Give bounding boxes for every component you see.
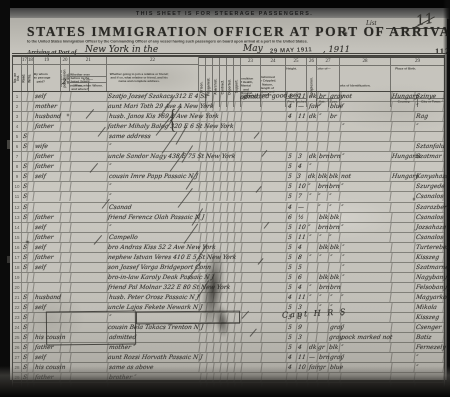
cell-rel: father — [33, 122, 61, 131]
cell-cond — [241, 293, 262, 302]
cell-country — [391, 353, 416, 362]
table-row: 17Sfathernephew Istvan Veres 410 E 5 St … — [13, 253, 444, 263]
cell-marks — [340, 132, 392, 141]
manifest-scan: { "colors": {"paper": "#c9c7c0", "ink": … — [0, 0, 450, 397]
cell-marks: ″ — [340, 313, 392, 322]
cell-marks: pock marked not — [340, 333, 392, 342]
cell-country — [391, 313, 416, 322]
cell-addr: friend Ferencz Olah Passaic N J — [107, 213, 201, 222]
cell-def — [261, 233, 287, 242]
cell-inch: 4 — [296, 283, 308, 292]
cell-addr — [107, 383, 201, 392]
cell-def — [261, 152, 287, 161]
cell-addr: aunt Mari Toth 29 Ave A New York — [107, 102, 201, 111]
cell-country: Hungary — [391, 92, 416, 101]
cell-eyes: gray — [328, 92, 341, 101]
cell-rel — [33, 192, 61, 201]
cell-rel: self — [33, 172, 61, 181]
cell-city: Szatmarnemeti — [414, 263, 444, 272]
cell-def — [261, 263, 287, 272]
cell-cond — [242, 243, 263, 252]
cell-country — [390, 192, 415, 201]
cell-cond — [241, 203, 262, 212]
cell-country — [391, 112, 416, 121]
cell-addr: Csanad — [107, 203, 201, 212]
cell-marks: ″ — [340, 223, 392, 232]
cell-inch: 11 — [296, 293, 308, 302]
cell-def — [261, 293, 287, 302]
cell-fw — [70, 162, 108, 171]
cell-inch: 3 — [296, 152, 308, 161]
cell-rel — [33, 132, 61, 141]
cell-city: Turterebes — [414, 243, 444, 252]
cell-eyes: blue — [328, 102, 341, 111]
cell-country — [391, 263, 416, 272]
cell-cond — [241, 233, 262, 242]
cell-rel — [33, 203, 61, 212]
cell-country — [391, 303, 416, 312]
cell-marks: ″ — [340, 182, 392, 191]
cell-cond — [242, 323, 263, 332]
cell-def — [261, 273, 287, 282]
cell-def — [261, 353, 287, 362]
cell-city: Szinye — [415, 92, 445, 101]
cell-rel — [33, 182, 61, 191]
cell-fw — [70, 283, 108, 292]
cell-city: Felsobanya — [414, 283, 444, 292]
cell-country — [391, 363, 416, 372]
cell-fw — [70, 293, 108, 302]
table-row: 14self″510″brnbrn″Jozsahaza — [13, 223, 444, 233]
cell-eyes: blk — [328, 213, 341, 222]
cell-city: Jozsahaza — [414, 223, 444, 232]
header-label: Height. — [286, 68, 299, 72]
cell-rel: self — [33, 223, 61, 232]
table-row: 4fatherfather Mihaly Balog 320 E 6 St Ne… — [13, 122, 444, 132]
cell-addr: friend Pal Molnar 322 E 80 St New York — [107, 283, 201, 292]
cell-cond — [242, 122, 263, 131]
cell-marks — [340, 373, 392, 382]
cell-def — [261, 102, 287, 111]
cell-fw — [70, 273, 108, 282]
cell-cond — [242, 273, 263, 282]
cell-addr: same address — [107, 132, 201, 141]
cell-addr: husb. Janos Kis 169 2 Ave New York — [107, 112, 201, 121]
table-header: No. on list. 17 Read. 18 Write. 19 By wh… — [13, 57, 444, 92]
cell-city: ″ — [415, 102, 445, 111]
cell-fw — [70, 182, 108, 191]
cell-cond — [241, 383, 262, 392]
cell-city: ″ — [415, 353, 445, 362]
header-label: Prison. — [200, 81, 203, 92]
cell-marks: ″ — [340, 343, 392, 352]
cell-marks — [340, 162, 392, 171]
cell-cond — [241, 283, 262, 292]
cell-inch — [296, 142, 308, 151]
cell-marks — [340, 192, 392, 201]
cell-country — [391, 333, 416, 342]
header-col-join-relative: 22 Whether going to join a relative or f… — [107, 57, 199, 91]
cell-rel: self — [33, 263, 61, 272]
cell-rel: wife — [33, 142, 61, 151]
cell-fw — [70, 142, 108, 151]
cell-marks: ″ — [340, 253, 392, 262]
cell-hair — [317, 162, 329, 171]
cell-fw — [70, 253, 108, 262]
cell-city: Kisszeg — [415, 253, 445, 262]
table-row: 6Swife″Sztanfalu — [13, 142, 444, 152]
cell-addr: husb. Peter Orosz Passaic N J — [107, 293, 201, 302]
cell-eyes — [328, 122, 341, 131]
cell-city: Nagybanya — [414, 273, 444, 282]
cell-eyes: brn — [328, 152, 341, 161]
cell-country — [391, 373, 416, 382]
cell-country — [391, 102, 416, 111]
cell-country: Hungary — [390, 172, 415, 181]
cell-country — [391, 162, 416, 171]
cell-country — [391, 243, 416, 252]
header-right-section: ADDITIONAL INFORMATION REQUIRED IN ACCOR… — [199, 57, 444, 91]
table-row: 5Ssame address — [13, 132, 444, 142]
cell-marks: ″ — [340, 273, 392, 282]
cell-def — [261, 373, 287, 382]
header-sublabel: Where. — [89, 85, 106, 89]
cell-def — [261, 182, 287, 191]
cell-inch: 11 — [296, 233, 308, 242]
cell-city: Csanalos — [414, 192, 444, 201]
cell-fw — [70, 263, 108, 272]
cell-eyes: blk — [328, 243, 341, 252]
cell-addr: ″ — [107, 162, 201, 171]
cell-cond — [241, 172, 262, 181]
cell-fw — [70, 213, 108, 222]
cell-def — [261, 333, 287, 342]
cell-marks — [340, 283, 392, 292]
cell-def — [261, 213, 287, 222]
cell-rel — [33, 283, 61, 292]
cell-country: Hungaria — [390, 152, 415, 161]
cell-eyes: blk — [328, 273, 341, 282]
cell-country — [390, 203, 415, 212]
cell-city — [414, 373, 444, 382]
cell-addr: Szatjo Jozsef Szakacs 312 E 4 St — [107, 92, 201, 101]
header-label: Write. — [29, 73, 32, 82]
photo-right-edge — [443, 0, 450, 397]
cell-def — [261, 283, 287, 292]
cell-fw — [70, 373, 108, 382]
table-row: 9Sselfcousin Imre Papp Passaic N J53dkbl… — [13, 172, 444, 182]
cell-city: Szatmar — [414, 152, 444, 161]
cell-rel: father — [33, 233, 61, 242]
steerage-strip-text: THIS SHEET IS FOR STEERAGE PASSENGERS. — [136, 11, 313, 16]
table-row: 28Shis cousinsame as above410fairgrblue″ — [13, 363, 444, 373]
cell-rel: self — [33, 92, 61, 101]
table-row: 19bro-in-law Karoly Deak Passaic N J56bl… — [13, 273, 444, 283]
cell-eyes — [328, 263, 341, 272]
table-row: 30 — [13, 383, 444, 393]
cell-city: Sztanfalu — [414, 142, 444, 151]
cell-country — [391, 122, 416, 131]
manifest-paper: List 11 STATES IMMIGRATION OFFICER AT PO… — [10, 18, 447, 380]
cell-addr: bro Andras Kiss 52 2 Ave New York — [107, 243, 201, 252]
cell-city: ″ — [415, 363, 445, 372]
cell-cond — [242, 102, 263, 111]
cell-cond — [242, 263, 263, 272]
cell-addr: aunt Rozsi Horvath Passaic N J — [107, 353, 201, 362]
cell-marks: ″ — [340, 152, 392, 161]
cell-marks — [340, 303, 392, 312]
cell-city: Batiz — [415, 333, 445, 342]
cell-country — [391, 293, 416, 302]
cell-def — [261, 243, 287, 252]
cell-rel: self — [33, 353, 61, 362]
cell-country — [391, 132, 416, 141]
cell-fw — [70, 223, 108, 232]
cell-country — [391, 213, 416, 222]
cell-inch: 4 — [296, 343, 308, 352]
header-col-ever-in-us: 21 Whether ever before in the United Sta… — [70, 57, 107, 91]
cell-marks: ″ — [340, 243, 392, 252]
cell-city: Csenger — [415, 323, 445, 332]
cell-country — [390, 142, 415, 151]
cell-city: Kisszeg — [414, 313, 444, 322]
cell-marks — [340, 383, 392, 392]
cell-country — [391, 383, 416, 392]
cell-city: Fernezely — [414, 343, 444, 352]
cell-fw — [70, 383, 108, 392]
cell-cond — [241, 223, 262, 232]
cell-country — [390, 283, 415, 292]
cell-hair — [317, 263, 329, 272]
cell-def — [261, 162, 287, 171]
cell-cond — [241, 343, 262, 352]
cell-rel: father — [33, 213, 61, 222]
cell-ft: 5 — [286, 223, 297, 232]
cell-fw — [70, 192, 108, 201]
cell-rel: father — [33, 253, 61, 262]
cell-marks: ″ — [340, 293, 392, 302]
page-subtitle: to the United States Immigration Officer… — [27, 40, 275, 44]
cell-city: Szurgede — [414, 182, 444, 191]
cell-addr: son Jozsef Varga Bridgeport Conn — [107, 263, 201, 272]
cell-addr: cousin Imre Papp Passaic N J — [107, 172, 201, 181]
table-row: 16Sselfbro Andras Kiss 52 2 Ave New York… — [13, 243, 444, 253]
cell-marks: ″ — [340, 122, 392, 131]
cell-inch: 7 — [296, 192, 308, 201]
cell-marks: ″ — [340, 353, 392, 362]
cell-cond — [241, 152, 262, 161]
cell-hair: br — [317, 92, 329, 101]
cell-cond — [241, 373, 262, 382]
table-row: 27Sselfaunt Rozsi Horvath Passaic N J411… — [13, 353, 444, 363]
cell-city: Kanyahaza — [414, 172, 444, 181]
cell-marks: ″ — [340, 203, 392, 212]
cell-hair: gr — [317, 363, 329, 372]
cell-rel: father — [33, 162, 61, 171]
header-label: Place of Birth. — [391, 68, 425, 72]
cell-city — [414, 132, 444, 141]
cell-hair — [317, 132, 329, 141]
header-label: Whether going to join a relative or frie… — [109, 73, 168, 83]
cell-marks — [340, 213, 392, 222]
cell-def — [261, 203, 287, 212]
cell-cond — [241, 132, 262, 141]
table-row: 8Sfather″54″ — [13, 162, 444, 172]
cell-fw — [70, 132, 108, 141]
cell-country — [391, 273, 416, 282]
table-row: 15fatherCampello511″″″Csanalos — [13, 233, 444, 243]
cell-cond — [242, 353, 263, 362]
page-title: STATES IMMIGRATION OFFICER AT PORT OF AR… — [27, 24, 450, 40]
cell-addr: bro-in-law Karoly Deak Passaic N J — [107, 273, 201, 282]
cell-rel — [33, 383, 61, 392]
cell-cond — [241, 142, 262, 151]
cell-def — [261, 343, 287, 352]
scanned-manifest-page: THIS SHEET IS FOR STEERAGE PASSENGERS. L… — [0, 0, 450, 397]
cell-fw — [70, 92, 108, 101]
cell-addr: ″ — [107, 142, 201, 151]
cell-city — [414, 162, 444, 171]
cell-eyes: gray — [328, 353, 341, 362]
cell-rel — [33, 273, 61, 282]
cell-fw — [70, 102, 108, 111]
cell-addr: father Mihaly Balog 320 E 6 St New York — [107, 122, 201, 131]
header-col-passage-paid: 19 By whom was passage paid? — [34, 57, 61, 91]
cell-rel: husband — [33, 112, 61, 121]
cell-hair — [317, 373, 329, 382]
cell-eyes: brn — [328, 283, 341, 292]
cell-addr: brother ″ — [107, 373, 201, 382]
table-row: 10S″510″brnbrn″Szurgede — [13, 182, 444, 192]
cell-marks: ″ — [340, 102, 392, 111]
cell-hair: brn — [317, 152, 329, 161]
cell-marks: ″ — [340, 263, 392, 272]
cell-fw — [70, 353, 108, 362]
table-row: 18Sselfson Jozsef Varga Bridgeport Conn5… — [13, 263, 444, 273]
cell-country — [390, 182, 415, 191]
cell-marks: not — [340, 172, 392, 181]
cell-rel: his cousin — [33, 363, 61, 372]
cell-eyes: gray — [328, 323, 341, 332]
cell-def — [261, 132, 287, 141]
cell-city: Rag — [415, 112, 445, 121]
cell-def — [261, 383, 287, 392]
table-row: 2motheraunt Mari Toth 29 Ave A New York4… — [13, 102, 444, 112]
cell-eyes: ″ — [328, 253, 341, 262]
cell-addr: same as above — [107, 363, 201, 372]
table-body: 1selfSzatjo Jozsef Szakacs 312 E 4 Stgoo… — [13, 92, 444, 393]
cell-city: Szarazberek — [414, 203, 444, 212]
cell-city: Mikola — [415, 303, 445, 312]
cell-inch: — — [296, 203, 308, 212]
photo-left-edge — [0, 0, 10, 397]
table-row: 29Sfatherbrother ″ — [13, 373, 444, 383]
photo-top-edge — [0, 0, 450, 8]
cell-marks: not — [340, 92, 392, 101]
cell-marks — [340, 112, 392, 121]
cell-fw — [70, 152, 108, 161]
cell-cond — [242, 213, 263, 222]
cell-city: Csanalos — [414, 213, 444, 222]
header-col-number: No. on list. — [13, 57, 22, 91]
cell-rel: father — [33, 152, 61, 161]
cell-hair — [317, 383, 329, 392]
cell-marks — [340, 363, 392, 372]
cell-rel: father — [33, 373, 61, 382]
cell-cond — [242, 303, 263, 312]
hand-drawn-box — [46, 311, 136, 346]
cell-cond — [241, 192, 262, 201]
cell-def — [261, 172, 287, 181]
table-row: 20friend Pal Molnar 322 E 80 St New York… — [13, 283, 444, 293]
cell-marks: ″ — [340, 323, 392, 332]
cell-rel: mother — [33, 102, 61, 111]
cell-country — [391, 323, 416, 332]
cell-def — [261, 363, 287, 372]
cell-def — [262, 112, 288, 121]
cell-rel: self — [33, 243, 61, 252]
cell-addr: nephew Istvan Veres 410 E 5 St New York — [107, 253, 201, 262]
cell-city: Csanalos — [414, 233, 444, 242]
table-row: 3husbandhusb. Janos Kis 169 2 Ave New Yo… — [13, 112, 444, 122]
header-sublabel: When. — [70, 85, 87, 89]
cell-cond — [241, 363, 262, 372]
cell-hair: ″ — [317, 293, 329, 302]
table-row: 13Sfatherfriend Ferencz Olah Passaic N J… — [13, 213, 444, 223]
cell-addr: ″ — [107, 223, 201, 232]
cell-country — [390, 233, 415, 242]
cell-fw — [70, 363, 108, 372]
table-row: 7fatheruncle Sandor Nagy 438 E 75 St New… — [13, 152, 444, 162]
header-label: No. on list. — [14, 71, 21, 85]
cell-def — [262, 253, 288, 262]
cell-eyes: blue — [328, 363, 341, 372]
cell-def — [261, 122, 287, 131]
cell-def — [261, 192, 287, 201]
cell-hair: brn — [317, 283, 329, 292]
table-row: 21Shusbandhusb. Peter Orosz Passaic N J4… — [13, 293, 444, 303]
table-row: 12SCsanad4—″″″Szarazberek — [13, 203, 444, 213]
cell-city: Magyarkomjat — [414, 293, 444, 302]
cell-def — [261, 323, 287, 332]
table-row: 11S″57″″″Csanalos — [13, 192, 444, 202]
header-label: Read. — [23, 74, 26, 83]
cell-fw — [70, 172, 108, 181]
cell-city: ″ — [415, 122, 445, 131]
cell-country — [391, 253, 416, 262]
header-label: Marks of Identification. — [340, 85, 372, 89]
cell-cx: ″ — [307, 233, 318, 242]
cell-rel: husband — [33, 293, 61, 302]
table-row: 1selfSzatjo Jozsef Szakacs 312 E 4 Stgoo… — [13, 92, 444, 102]
cell-cond — [241, 162, 262, 171]
cell-fw — [70, 243, 108, 252]
cell-country — [390, 343, 415, 352]
cell-cond — [242, 112, 263, 121]
cell-city — [414, 383, 444, 392]
cell-marks — [340, 142, 392, 151]
header-label: Color of— — [317, 68, 331, 72]
cell-country — [391, 223, 416, 232]
header-label: By whom was passage paid? — [34, 73, 51, 84]
handwritten-two: 2 — [62, 78, 66, 86]
cell-fw — [70, 233, 108, 242]
cell-marks — [340, 233, 392, 242]
